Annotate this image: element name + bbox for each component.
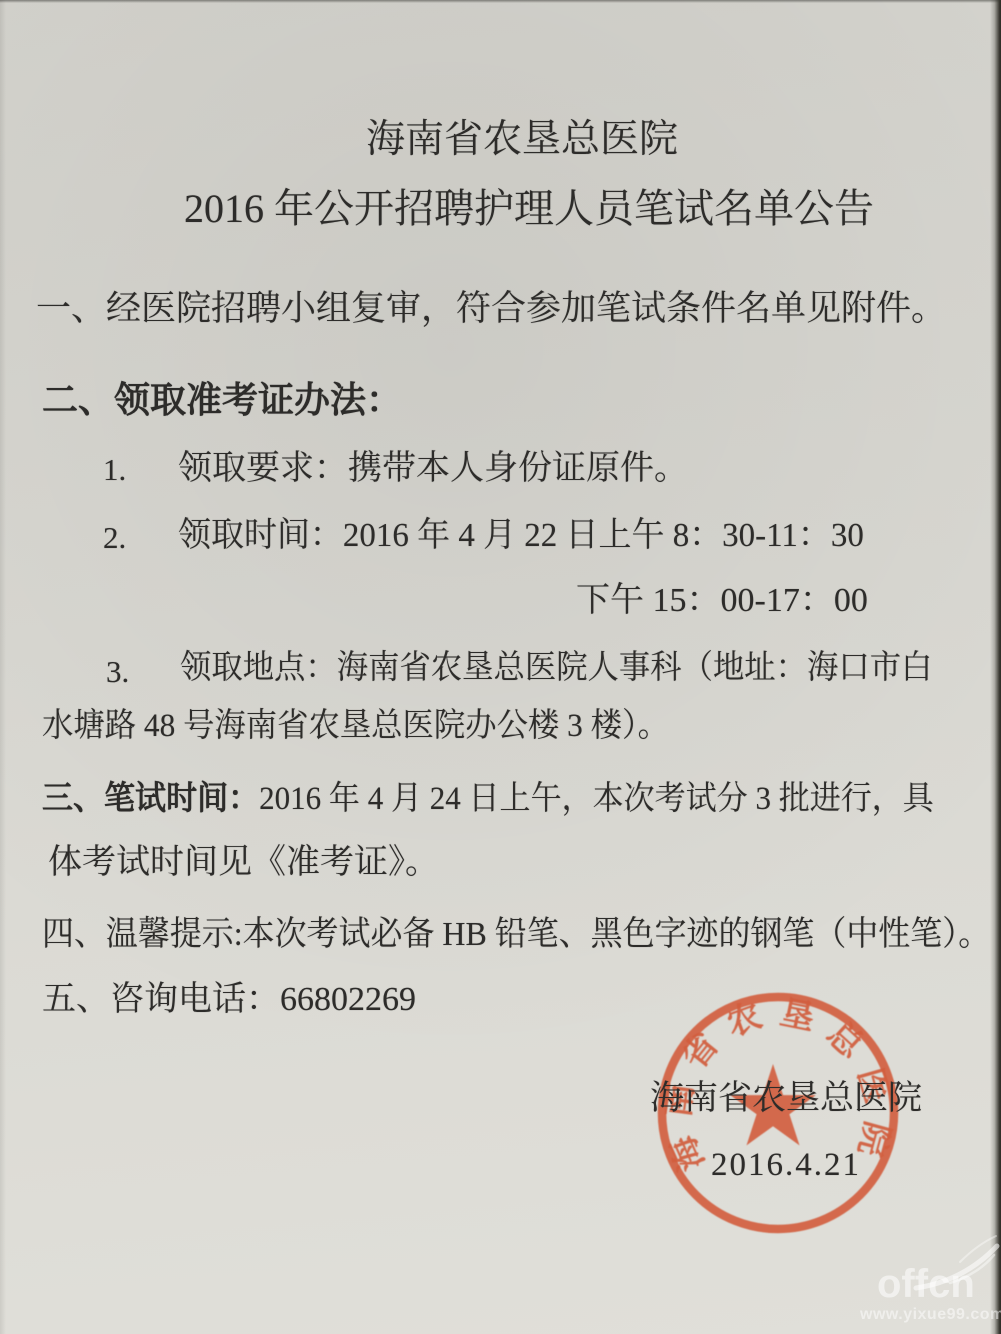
section-3-line: 三、笔试时间：2016 年 4 月 24 日上午，本次考试分 3 批进行，具 <box>42 781 934 819</box>
section-4-text: 四、温馨提示:本次考试必备 HB 铅笔、黑色字迹的钢笔（中性笔）。 <box>42 915 990 954</box>
section-1-text: 一、经医院招聘小组复审，符合参加笔试条件名单见附件。 <box>36 289 946 329</box>
list-item-2-number: 2. <box>103 520 126 556</box>
list-item-2-text: 领取时间：2016 年 4 月 22 日上午 8：30-11：30 <box>178 516 864 555</box>
photo-right-edge <box>990 0 1001 1334</box>
page-title: 海南省农垦总医院 <box>366 118 678 163</box>
section-5-text: 五、咨询电话：66802269 <box>42 980 416 1019</box>
signature-date: 2016.4.21 <box>711 1147 861 1185</box>
signature-hospital-name: 海南省农垦总医院 <box>650 1079 922 1118</box>
list-item-3-number: 3. <box>106 654 129 690</box>
page-subtitle: 2016 年公开招聘护理人员笔试名单公告 <box>184 186 874 232</box>
section-3-text: 2016 年 4 月 24 日上午，本次考试分 3 批进行，具 <box>259 781 934 817</box>
section-2-heading: 二、领取准考证办法： <box>42 380 402 421</box>
announcement-body: 海南省农垦总医院 2016 年公开招聘护理人员笔试名单公告 一、经医院招聘小组复… <box>0 0 1001 1334</box>
list-item-3-continuation: 水塘路 48 号海南省农垦总医院办公楼 3 楼）。 <box>42 708 669 746</box>
photo-top-edge <box>0 0 1001 3</box>
section-3-label: 三、笔试时间： <box>42 781 259 817</box>
list-item-3-text: 领取地点：海南省农垦总医院人事科（地址：海口市白 <box>180 650 932 688</box>
watermark-url: www.yixue99.com <box>860 1306 1001 1324</box>
list-item-2-continuation: 下午 15：00-17：00 <box>576 581 868 620</box>
list-item-1-text: 领取要求：携带本人身份证原件。 <box>178 449 688 488</box>
document-photo: 海南省农垦总医院 2016 年公开招聘护理人员笔试名单公告 一、经医院招聘小组复… <box>0 0 1001 1334</box>
list-item-1-number: 1. <box>103 452 126 488</box>
offcn-logo-watermark: offcn <box>877 1262 975 1307</box>
section-3-continuation: 体考试时间见《准考证》。 <box>48 843 439 882</box>
photo-left-edge <box>0 0 6 1334</box>
